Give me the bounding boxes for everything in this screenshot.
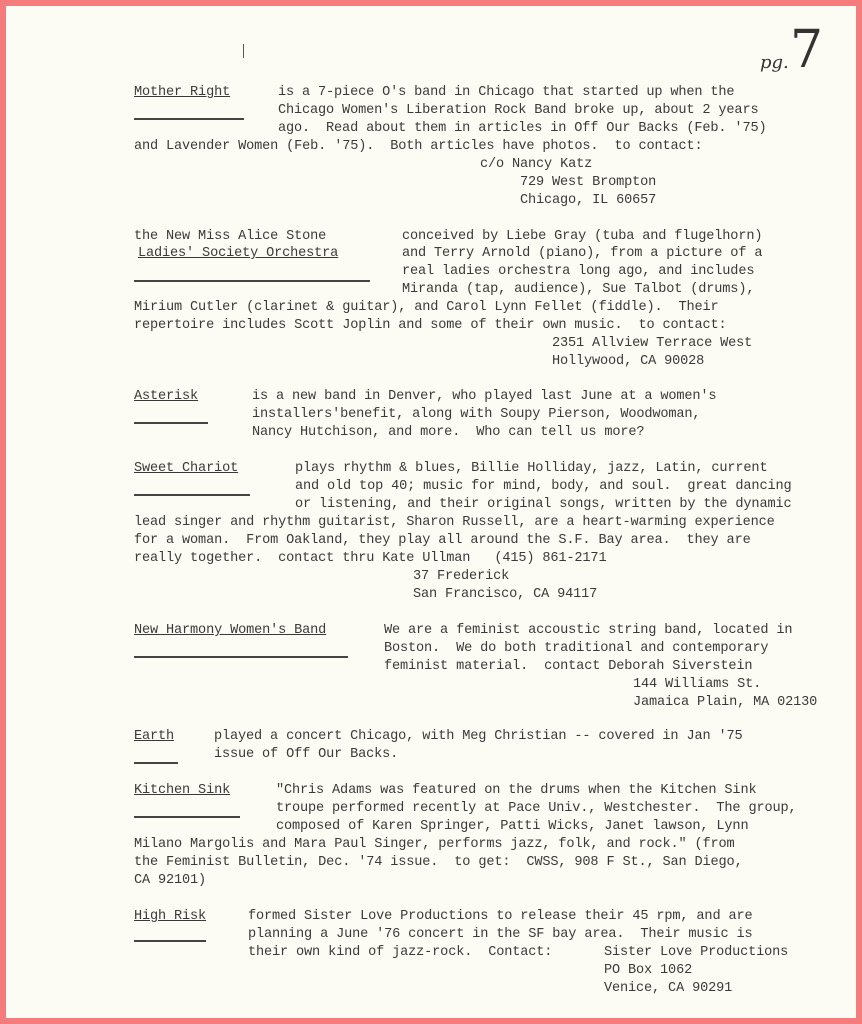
- description-line: formed Sister Love Productions to releas…: [248, 908, 752, 926]
- underline-rule: [134, 816, 240, 818]
- underline-rule: [134, 656, 348, 658]
- description-line: and Terry Arnold (piano), from a picture…: [402, 245, 762, 263]
- description-line: and Lavender Women (Feb. '75). Both arti…: [134, 138, 703, 156]
- description-line: "Chris Adams was featured on the drums w…: [276, 782, 756, 800]
- description-line: feminist material. contact Deborah Siver…: [384, 658, 752, 676]
- description-line: plays rhythm & blues, Billie Holliday, j…: [295, 460, 767, 478]
- description-line: Milano Margolis and Mara Paul Singer, pe…: [134, 836, 735, 854]
- description-line: Miranda (tap, audience), Sue Talbot (dru…: [402, 281, 754, 299]
- underline-rule: [134, 422, 208, 424]
- description-line: repertoire includes Scott Joplin and som…: [134, 317, 727, 335]
- description-line: issue of Off Our Backs.: [214, 746, 398, 764]
- underline-rule: [134, 280, 370, 282]
- description-line: troupe performed recently at Pace Univ.,…: [276, 800, 797, 818]
- address-line: PO Box 1062: [604, 962, 692, 980]
- description-line: their own kind of jazz-rock. Contact:: [248, 944, 552, 962]
- description-line: the Feminist Bulletin, Dec. '74 issue. t…: [134, 854, 743, 872]
- description-line: ago. Read about them in articles in Off …: [278, 120, 766, 138]
- description-line: Mirium Cutler (clarinet & guitar), and C…: [134, 299, 719, 317]
- description-line: is a 7-piece O's band in Chicago that st…: [278, 84, 734, 102]
- description-line: really together. contact thru Kate Ullma…: [134, 550, 606, 568]
- description-line: lead singer and rhythm guitarist, Sharon…: [134, 514, 775, 532]
- description-line: composed of Karen Springer, Patti Wicks,…: [276, 818, 748, 836]
- description-line: or listening, and their original songs, …: [295, 496, 791, 514]
- address-line: 37 Frederick: [413, 568, 509, 586]
- underline-rule: [134, 940, 206, 942]
- stray-mark: [243, 44, 244, 58]
- description-line: planning a June '76 concert in the SF ba…: [248, 926, 752, 944]
- description-line: Nancy Hutchison, and more. Who can tell …: [252, 424, 644, 442]
- address-line: c/o Nancy Katz: [480, 156, 592, 174]
- description-line: CA 92101): [134, 872, 206, 890]
- description-line: Chicago Women's Liberation Rock Band bro…: [278, 102, 758, 120]
- description-line: is a new band in Denver, who played last…: [252, 388, 716, 406]
- address-line: 2351 Allview Terrace West: [552, 335, 752, 353]
- description-line: Boston. We do both traditional and conte…: [384, 640, 768, 658]
- description-line: real ladies orchestra long ago, and incl…: [402, 263, 754, 281]
- address-line: 144 Williams St.: [633, 676, 761, 694]
- underline-rule: [134, 118, 244, 120]
- address-line: Venice, CA 90291: [604, 980, 732, 998]
- description-line: played a concert Chicago, with Meg Chris…: [214, 728, 743, 746]
- page-number: 7: [790, 20, 823, 80]
- description-line: conceived by Liebe Gray (tuba and flugel…: [402, 228, 762, 246]
- address-line: 729 West Brompton: [520, 174, 656, 192]
- description-line: and old top 40; music for mind, body, an…: [295, 478, 791, 496]
- address-line: San Francisco, CA 94117: [413, 586, 597, 604]
- band-name: Earth: [134, 728, 174, 746]
- band-name: Mother Right: [134, 84, 230, 102]
- address-line: Hollywood, CA 90028: [552, 353, 704, 371]
- band-name: High Risk: [134, 908, 206, 926]
- underline-rule: [134, 494, 250, 496]
- description-line: for a woman. From Oakland, they play all…: [134, 532, 751, 550]
- band-name: Kitchen Sink: [134, 782, 230, 800]
- description-line: installers'benefit, along with Soupy Pie…: [252, 406, 700, 424]
- band-name: the New Miss Alice Stone: [134, 228, 326, 246]
- band-name: Ladies' Society Orchestra: [138, 245, 338, 263]
- band-name: Sweet Chariot: [134, 460, 238, 478]
- description-line: We are a feminist accoustic string band,…: [384, 622, 792, 640]
- address-line: Chicago, IL 60657: [520, 192, 656, 210]
- underline-rule: [134, 762, 178, 764]
- address-line: Jamaica Plain, MA 02130: [633, 694, 817, 712]
- band-name: New Harmony Women's Band: [134, 622, 326, 640]
- band-name: Asterisk: [134, 388, 198, 406]
- page-prefix: pg.: [760, 52, 789, 73]
- address-line: Sister Love Productions: [604, 944, 788, 962]
